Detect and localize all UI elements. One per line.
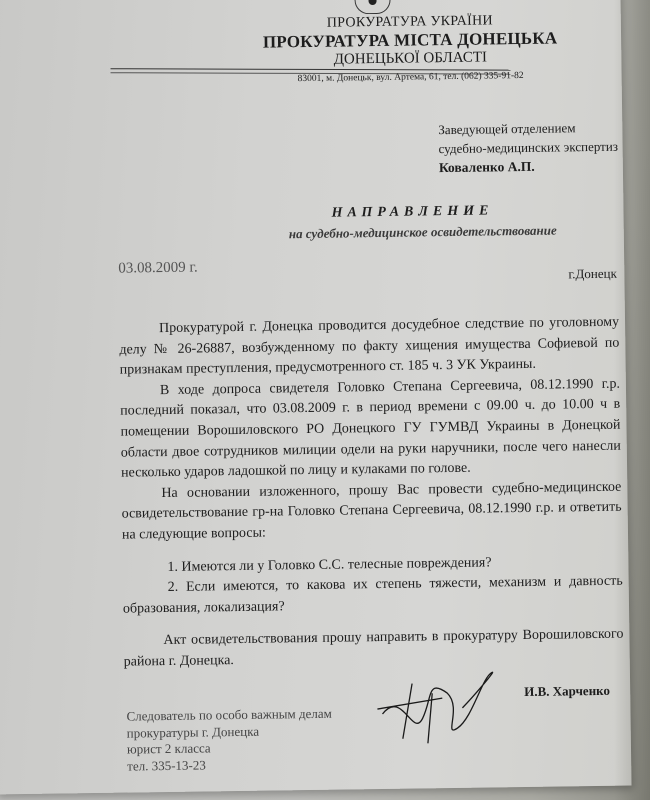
document-city: г.Донецк xyxy=(568,266,617,283)
addressee-name: Коваленко А.П. xyxy=(439,156,619,178)
handwritten-signature-icon xyxy=(372,667,503,749)
signatory-name: И.В. Харченко xyxy=(524,683,610,700)
addressee-line-2: судебно-медицинских экспертиз xyxy=(438,137,618,159)
paragraph-1: Прокуратурой г. Донецка проводится досуд… xyxy=(119,313,620,382)
document-title: НАПРАВЛЕНИЕ xyxy=(87,200,650,225)
question-2: 2. Если имеются, то какова их степень тя… xyxy=(123,572,624,620)
paragraph-2: В ходе допроса свидетеля Головко Степана… xyxy=(120,374,621,484)
addressee-line-1: Заведующей отделением xyxy=(438,118,618,140)
trident-emblem-icon xyxy=(354,0,390,14)
document-sheet: ПРОКУРАТУРА УКРАЇНИ ПРОКУРАТУРА МІСТА ДО… xyxy=(0,0,632,794)
edge-shadow xyxy=(614,0,650,800)
paragraph-3: На основании изложенного, прошу Вас пров… xyxy=(121,477,622,546)
signatory-phone: тел. 335-13-23 xyxy=(127,755,333,774)
signatory-line-1: Следователь по особо важным делам xyxy=(126,706,332,725)
addressee-block: Заведующей отделением судебно-медицински… xyxy=(438,118,618,177)
signatory-position: Следователь по особо важным делам прокур… xyxy=(126,706,332,775)
document-body: Прокуратурой г. Донецка проводится досуд… xyxy=(119,313,624,673)
paragraph-4: Акт освидетельствования прошу направить … xyxy=(123,625,624,673)
document-date: 03.08.2009 г. xyxy=(118,260,198,278)
